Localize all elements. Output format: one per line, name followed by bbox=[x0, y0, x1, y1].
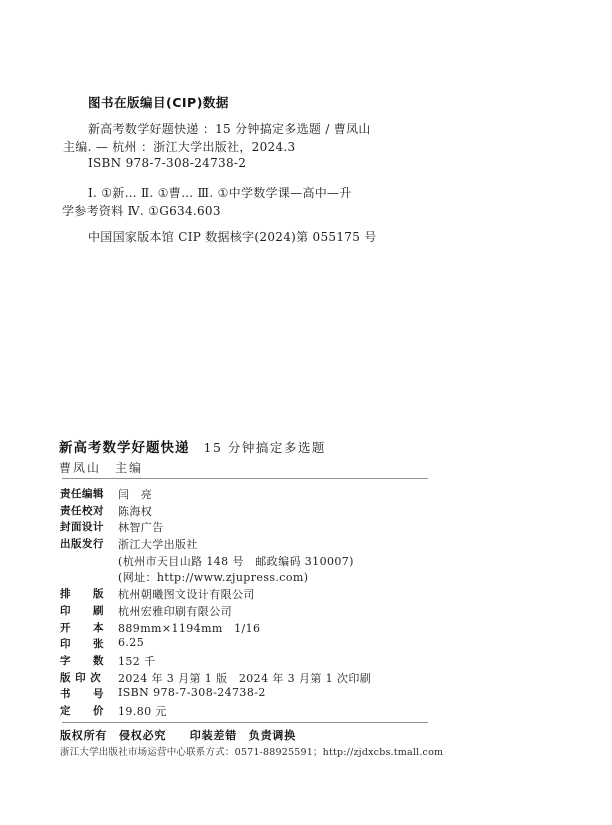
book-subtitle: 15 分钟搞定多选题 bbox=[204, 440, 326, 455]
colophon-row: 印 张 6.25 bbox=[60, 636, 540, 653]
colophon-row: 排 版 杭州朝曦图文设计有限公司 bbox=[60, 586, 540, 603]
colophon-row: 版 印 次 2024 年 3 月第 1 版 2024 年 3 月第 1 次印刷 bbox=[60, 670, 540, 687]
colophon-row: 开 本 889mm×1194mm 1/16 bbox=[60, 620, 540, 637]
colophon-row: (网址：http://www.zjupress.com) bbox=[60, 569, 540, 586]
colophon-website: (网址：http://www.zjupress.com) bbox=[118, 569, 308, 585]
cip-isbn-line: ISBN 978-7-308-24738-2 bbox=[88, 156, 246, 170]
book-title: 新高考数学好题快递 bbox=[59, 440, 190, 456]
cip-classification-line-2: 学参考资料 Ⅳ. ①G634.603 bbox=[62, 202, 221, 219]
colophon-value: 陈海权 bbox=[118, 503, 152, 519]
colophon-value: 19.80 元 bbox=[118, 703, 167, 719]
colophon-value: 闫 亮 bbox=[118, 486, 152, 502]
divider-top bbox=[62, 478, 428, 479]
colophon-row: 印 刷 杭州宏雅印刷有限公司 bbox=[60, 603, 540, 620]
colophon-row: 封面设计 林智广告 bbox=[60, 519, 540, 536]
divider-bottom bbox=[62, 722, 428, 723]
colophon: 责任编辑 闫 亮 责任校对 陈海权 封面设计 林智广告 出版发行 浙江大学出版社… bbox=[60, 486, 540, 720]
colophon-label: 出版发行 bbox=[60, 536, 110, 551]
colophon-value: 6.25 bbox=[118, 636, 144, 649]
colophon-label: 书 号 bbox=[60, 686, 110, 701]
colophon-label: 责任编辑 bbox=[60, 486, 110, 501]
colophon-label: 责任校对 bbox=[60, 503, 110, 518]
cip-heading: 图书在版编目(CIP)数据 bbox=[88, 93, 229, 111]
colophon-row: (杭州市天目山路 148 号 邮政编码 310007) bbox=[60, 553, 540, 570]
colophon-label: 排 版 bbox=[60, 586, 110, 601]
cip-title-line: 新高考数学好题快递 ：15 分钟搞定多选题 / 曹凤山 bbox=[88, 120, 371, 137]
colophon-value: 杭州朝曦图文设计有限公司 bbox=[118, 586, 255, 602]
colophon-label: 印 张 bbox=[60, 636, 110, 651]
book-title-line: 新高考数学好题快递15 分钟搞定多选题 bbox=[59, 436, 326, 456]
colophon-label: 版 印 次 bbox=[60, 670, 110, 685]
colophon-label: 开 本 bbox=[60, 620, 110, 635]
cip-publisher-line: 主编. — 杭州 ：浙江大学出版社，2024.3 bbox=[63, 138, 295, 155]
colophon-label: 印 刷 bbox=[60, 603, 110, 618]
colophon-value: 浙江大学出版社 bbox=[118, 536, 198, 552]
colophon-value: 2024 年 3 月第 1 版 2024 年 3 月第 1 次印刷 bbox=[118, 670, 371, 686]
colophon-row: 责任校对 陈海权 bbox=[60, 503, 540, 520]
colophon-address: (杭州市天目山路 148 号 邮政编码 310007) bbox=[118, 553, 354, 569]
colophon-label: 定 价 bbox=[60, 703, 110, 718]
colophon-row: 出版发行 浙江大学出版社 bbox=[60, 536, 540, 553]
publisher-contact-line: 浙江大学出版社市场运营中心联系方式：0571-88925591；http://z… bbox=[60, 744, 443, 758]
colophon-row: 定 价 19.80 元 bbox=[60, 703, 540, 720]
colophon-value: 林智广告 bbox=[118, 519, 164, 535]
colophon-row: 责任编辑 闫 亮 bbox=[60, 486, 540, 503]
book-author: 曹凤山 主编 bbox=[59, 459, 143, 476]
cip-classification-line-1: Ⅰ. ①新… Ⅱ. ①曹… Ⅲ. ①中学数学课—高中—升 bbox=[88, 184, 352, 201]
colophon-value: 152 千 bbox=[118, 653, 156, 669]
colophon-value: 杭州宏雅印刷有限公司 bbox=[118, 603, 232, 619]
colophon-value: ISBN 978-7-308-24738-2 bbox=[118, 686, 266, 699]
cip-record-number-line: 中国国家版本馆 CIP 数据核字(2024)第 055175 号 bbox=[88, 228, 377, 245]
colophon-value: 889mm×1194mm 1/16 bbox=[118, 620, 260, 636]
copyright-notice: 版权所有 侵权必究 印装差错 负责调换 bbox=[60, 727, 296, 743]
colophon-label: 字 数 bbox=[60, 653, 110, 668]
colophon-row: 书 号 ISBN 978-7-308-24738-2 bbox=[60, 686, 540, 703]
copyright-page: 图书在版编目(CIP)数据 新高考数学好题快递 ：15 分钟搞定多选题 / 曹凤… bbox=[0, 0, 612, 825]
colophon-row: 字 数 152 千 bbox=[60, 653, 540, 670]
colophon-label: 封面设计 bbox=[60, 519, 110, 534]
